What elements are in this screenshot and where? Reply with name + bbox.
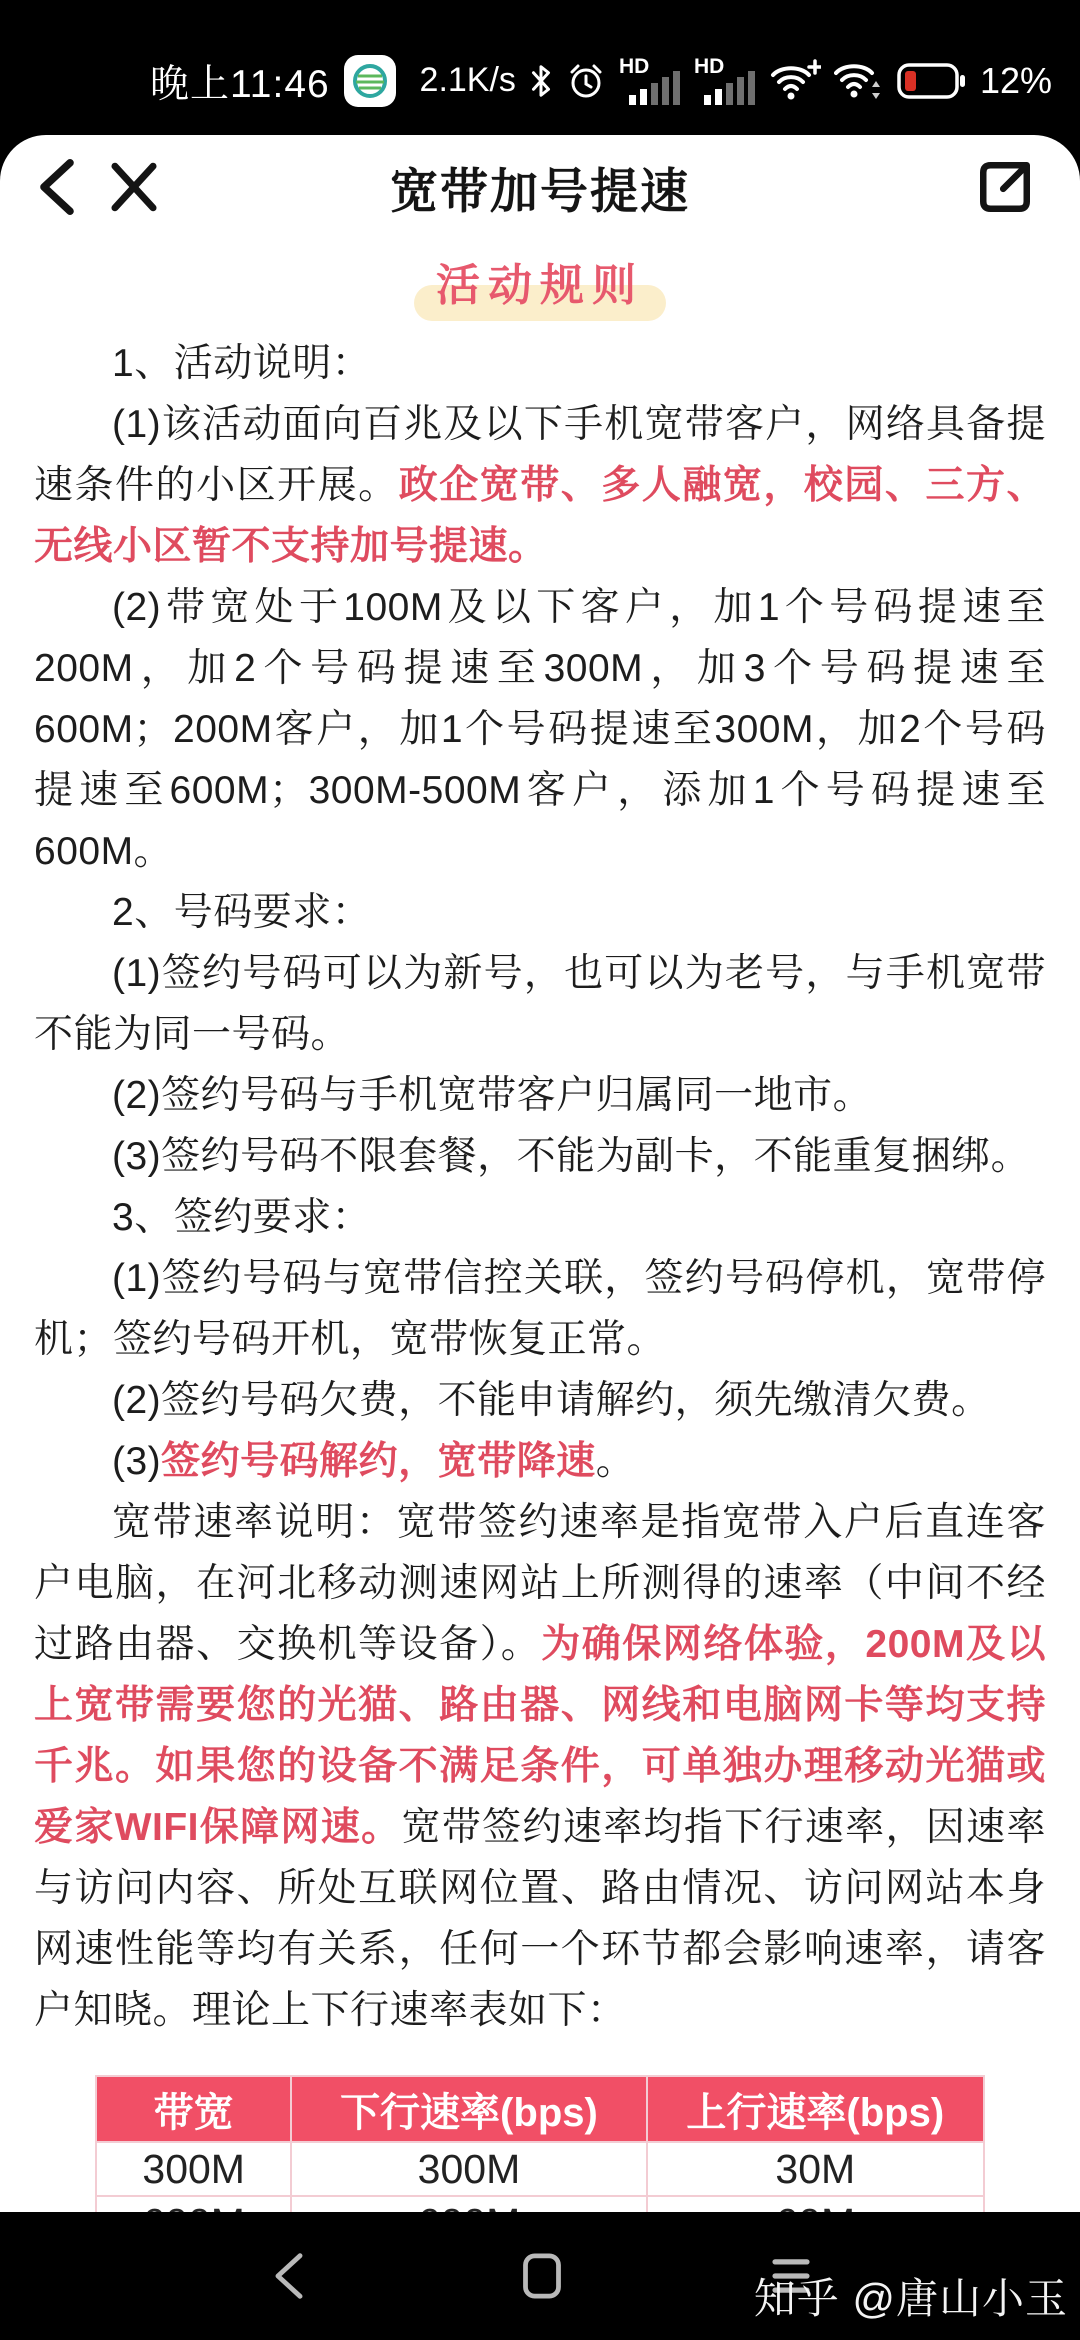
battery-icon	[897, 62, 967, 100]
status-bar: 晚上11:46 2.1K/s	[0, 0, 1080, 135]
watermark: 知乎 @唐山小玉	[754, 2266, 1068, 2326]
table-cell: 60M	[647, 2196, 984, 2212]
status-bar-left: 晚上11:46	[150, 53, 396, 109]
wifi-icon	[834, 59, 884, 103]
china-mobile-app-icon	[344, 55, 396, 107]
sim1-hd-signal-icon: HD	[619, 55, 681, 107]
speed-table-head: 带宽下行速率(bps)上行速率(bps)	[96, 2076, 984, 2142]
body-text: (2)带宽处于100M及以下客户，加1个号码提速至200M，加2个号码提速至30…	[34, 586, 1046, 873]
table-cell: 600M	[96, 2196, 291, 2212]
page-title: 宽带加号提速	[0, 153, 1080, 222]
rule-paragraph: (1)签约号码可以为新号，也可以为老号，与手机宽带不能为同一号码。	[34, 943, 1046, 1065]
table-header-cell: 上行速率(bps)	[647, 2076, 984, 2142]
body-text: 。	[596, 1440, 636, 1483]
rule-paragraph: (1)签约号码与宽带信控关联，签约号码停机，宽带停机；签约号码开机，宽带恢复正常…	[34, 1248, 1046, 1370]
body-text: (3)	[112, 1440, 161, 1483]
nav-home-icon[interactable]	[520, 2250, 564, 2302]
rules-paragraphs: 1、活动说明：(1)该活动面向百兆及以下手机宽带客户，网络具备提速条件的小区开展…	[0, 333, 1080, 2041]
rule-paragraph: 1、活动说明：	[34, 333, 1046, 394]
body-text: (1)签约号码可以为新号，也可以为老号，与手机宽带不能为同一号码。	[34, 952, 1046, 1056]
table-cell: 30M	[647, 2142, 984, 2196]
table-cell: 300M	[96, 2142, 291, 2196]
table-header-row: 带宽下行速率(bps)上行速率(bps)	[96, 2076, 984, 2142]
rule-paragraph: (1)该活动面向百兆及以下手机宽带客户，网络具备提速条件的小区开展。政企宽带、多…	[34, 394, 1046, 577]
speed-table-body: 300M300M30M600M600M60M1000M1000M100M	[96, 2142, 984, 2212]
rule-paragraph: (2)签约号码欠费，不能申请解约，须先缴清欠费。	[34, 1370, 1046, 1431]
bluetooth-icon	[529, 63, 553, 99]
wifi-plus-icon	[769, 59, 821, 103]
rule-paragraph: (3)签约号码不限套餐，不能为副卡，不能重复捆绑。	[34, 1126, 1046, 1187]
network-speed: 2.1K/s	[420, 61, 516, 100]
share-icon[interactable]	[976, 158, 1034, 216]
table-cell: 600M	[291, 2196, 646, 2212]
app-header: 宽带加号提速	[0, 143, 1080, 231]
body-text: 1、活动说明：	[112, 342, 371, 385]
nav-back-icon[interactable]	[272, 2252, 306, 2300]
table-header-cell: 下行速率(bps)	[291, 2076, 646, 2142]
rule-paragraph: (2)签约号码与手机宽带客户归属同一地市。	[34, 1065, 1046, 1126]
status-bar-right: 2.1K/s HD	[420, 55, 1052, 107]
status-time: 晚上11:46	[150, 53, 330, 109]
section-title: 活动规则	[436, 261, 644, 310]
phone-screen: 晚上11:46 2.1K/s	[0, 0, 1080, 2340]
sim2-hd-signal-icon: HD	[694, 55, 756, 107]
body-text: 2、号码要求：	[112, 891, 371, 934]
alarm-icon	[566, 61, 606, 101]
android-nav-bar: 知乎 @唐山小玉	[0, 2212, 1080, 2340]
table-header-cell: 带宽	[96, 2076, 291, 2142]
highlighted-text: 签约号码解约，宽带降速	[161, 1440, 596, 1483]
app-card: 宽带加号提速 活动规则 1、活动说明：(1)该活动面向百兆及以下手机宽带客户，网…	[0, 135, 1080, 2212]
rule-paragraph: 宽带速率说明：宽带签约速率是指宽带入户后直连客户电脑，在河北移动测速网站上所测得…	[34, 1492, 1046, 2041]
battery-percent: 12%	[980, 60, 1052, 102]
table-cell: 300M	[291, 2142, 646, 2196]
rule-paragraph: 2、号码要求：	[34, 882, 1046, 943]
speed-table: 带宽下行速率(bps)上行速率(bps) 300M300M30M600M600M…	[95, 2075, 985, 2212]
body-text: (2)签约号码欠费，不能申请解约，须先缴清欠费。	[112, 1379, 991, 1422]
body-text: (1)签约号码与宽带信控关联，签约号码停机，宽带停机；签约号码开机，宽带恢复正常…	[34, 1257, 1046, 1361]
body-text: (3)签约号码不限套餐，不能为副卡，不能重复捆绑。	[112, 1135, 1030, 1178]
table-row: 600M600M60M	[96, 2196, 984, 2212]
rule-paragraph: 3、签约要求：	[34, 1187, 1046, 1248]
rule-paragraph: (2)带宽处于100M及以下客户，加1个号码提速至200M，加2个号码提速至30…	[34, 577, 1046, 882]
section-title-wrap: 活动规则	[436, 249, 644, 313]
rule-paragraph: (3)签约号码解约，宽带降速。	[34, 1431, 1046, 1492]
body-text: 3、签约要求：	[112, 1196, 371, 1239]
body-text: (2)签约号码与手机宽带客户归属同一地市。	[112, 1074, 872, 1117]
table-row: 300M300M30M	[96, 2142, 984, 2196]
